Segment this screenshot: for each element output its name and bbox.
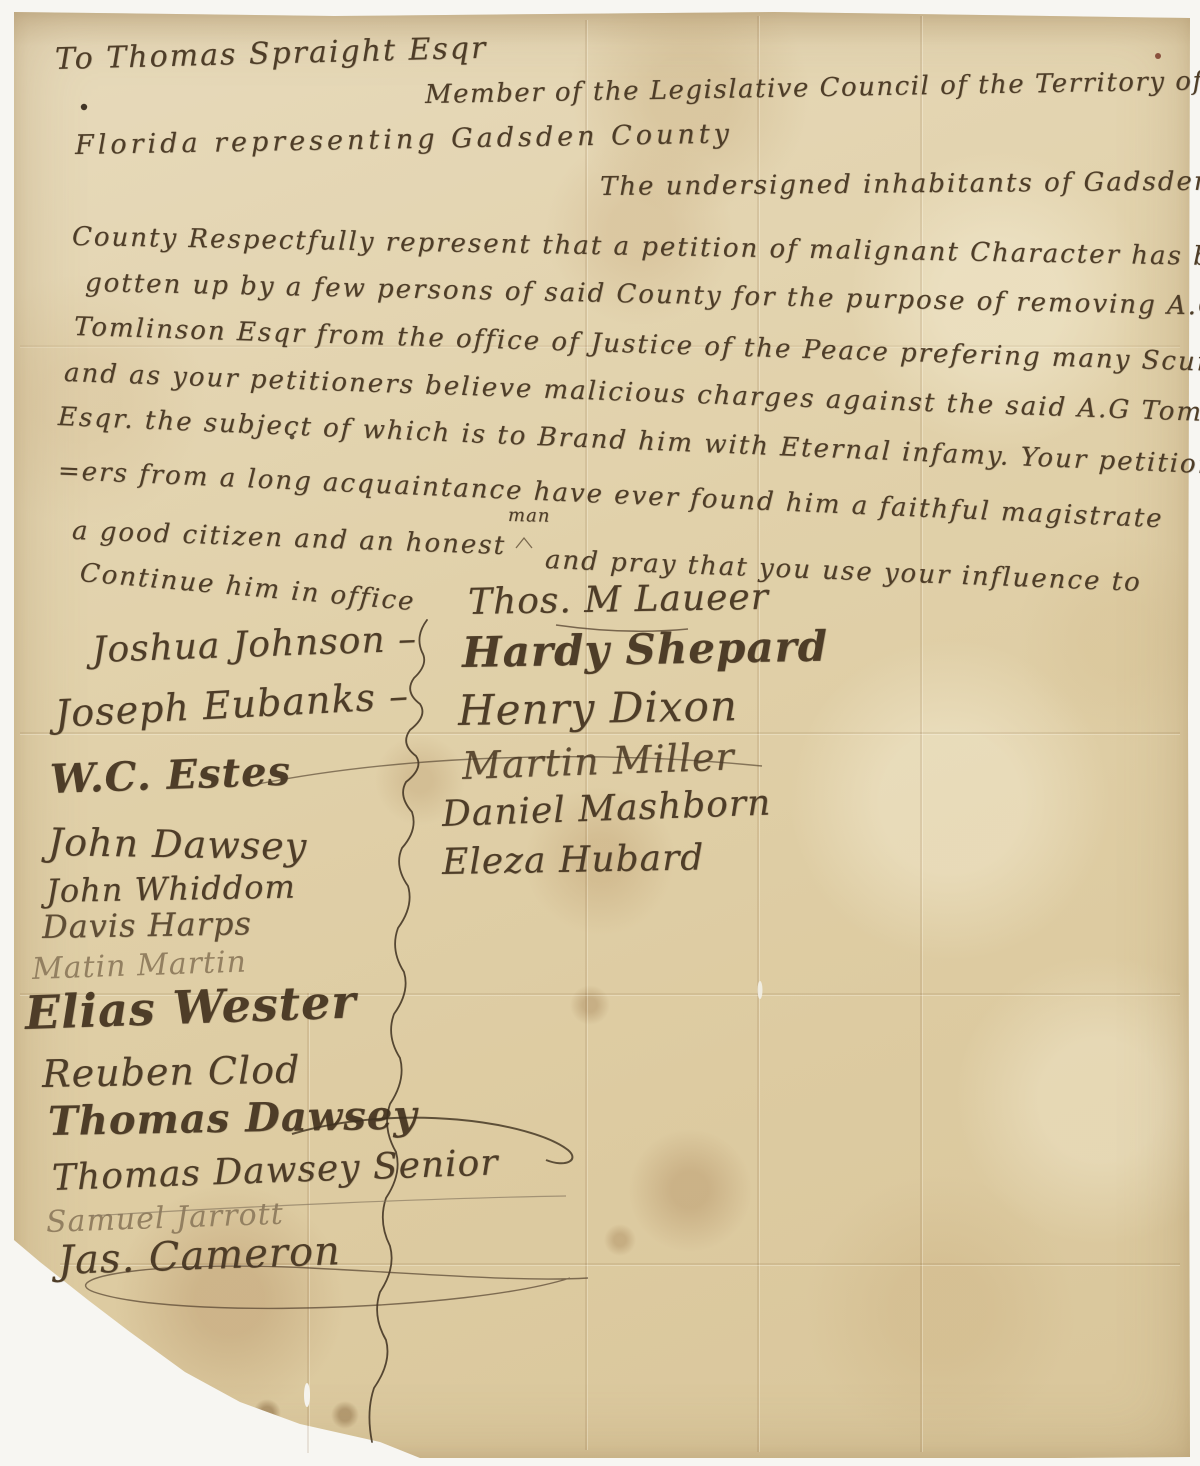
inserted-word: man: [508, 505, 551, 527]
signature-thos-m-laueer: Thos. M Laueer: [468, 577, 770, 623]
signature-reuben-clod: Reuben Clod: [42, 1047, 301, 1096]
document-scan: To Thomas Spraight Esqr Member of the Le…: [0, 0, 1200, 1466]
signature-john-whiddom: John Whiddom: [46, 868, 296, 910]
signature-davis-harps: Davis Harps: [42, 904, 252, 946]
signature-eleza-hubard: Eleza Hubard: [442, 837, 705, 883]
signature-thomas-dawsey: Thomas Dawsey: [48, 1092, 418, 1145]
signature-hardy-shepard: Hardy Shepard: [462, 622, 829, 677]
signature-elias-wester: Elias Wester: [24, 974, 357, 1040]
signature-henry-dixon: Henry Dixon: [458, 681, 739, 735]
body-line: The undersigned inhabitants of Gadsden: [600, 167, 1200, 202]
signature-wc-estes: W.C. Estes: [49, 748, 292, 803]
signature-john-dawsey: John Dawsey: [48, 820, 308, 869]
